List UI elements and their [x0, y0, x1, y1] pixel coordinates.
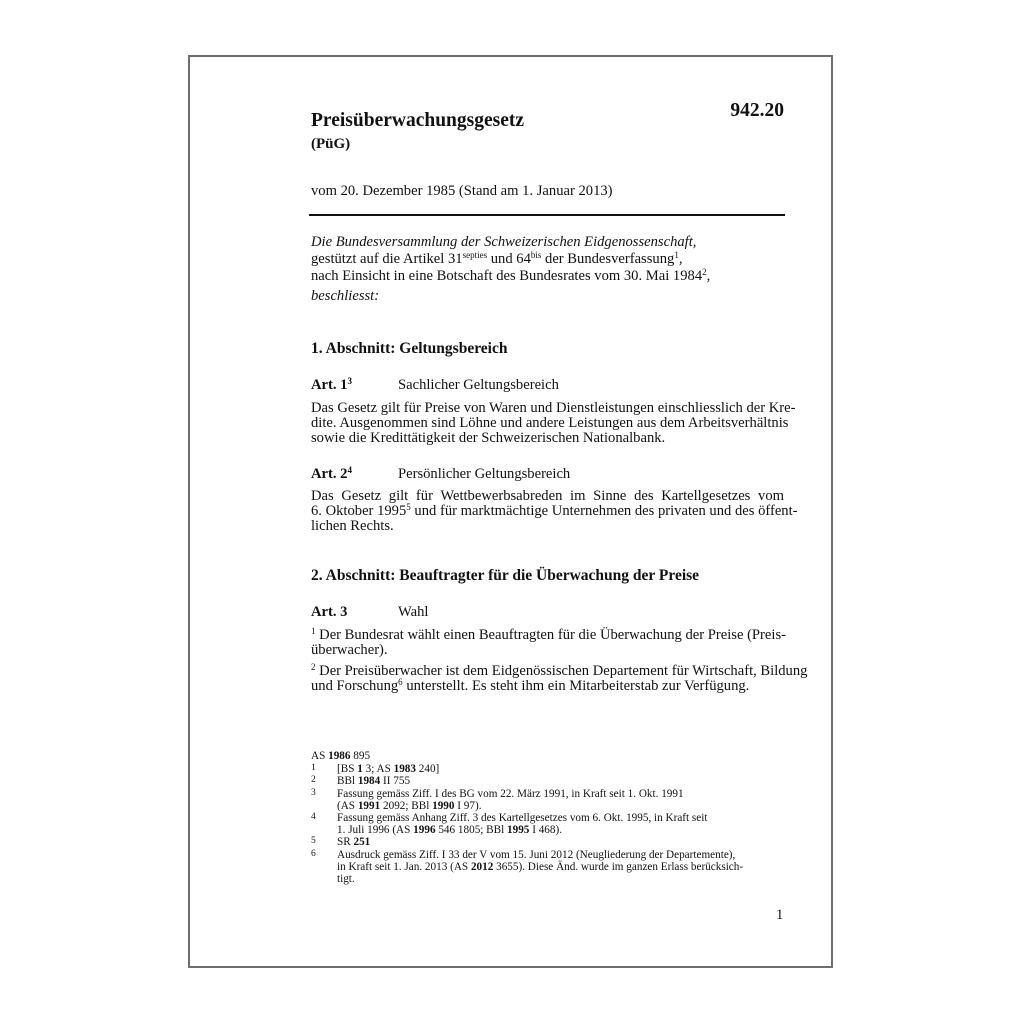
footnote-ref[interactable]: 3 [347, 376, 352, 386]
footnote-item: 1[BS 1 3; AS 1983 240] [311, 763, 791, 775]
footnote-item: 5SR 251 [311, 836, 791, 848]
law-title: Preisüberwachungsgesetz [311, 110, 524, 132]
footnote-item: 4Fassung gemäss Anhang Ziff. 3 des Karte… [311, 812, 791, 836]
section-heading-2: 2. Abschnitt: Beauftragter für die Überw… [311, 567, 699, 585]
footnotes: AS 1986 895 1[BS 1 3; AS 1983 240] 2BBl … [311, 750, 791, 885]
article-title: Wahl [398, 604, 428, 621]
law-abbreviation: (PüG) [311, 136, 350, 153]
preamble-message: nach Einsicht in eine Botschaft des Bund… [311, 268, 791, 285]
article-3-para-1: 1 Der Bundesrat wählt einen Beauftragten… [311, 628, 784, 658]
article-title: Persönlicher Geltungsbereich [398, 466, 570, 483]
article-title: Sachlicher Geltungsbereich [398, 377, 559, 394]
footnote-item: 6Ausdruck gemäss Ziff. I 33 der V vom 15… [311, 849, 791, 886]
article-2-text: Das Gesetz gilt für Wettbewerbsabreden i… [311, 489, 784, 533]
footnote-ref[interactable]: 4 [347, 465, 352, 475]
footnote-item: 3Fassung gemäss Ziff. I des BG vom 22. M… [311, 788, 791, 812]
footnote-item: 2BBl 1984 II 755 [311, 775, 791, 787]
sr-number: 942.20 [718, 100, 784, 122]
date-line: vom 20. Dezember 1985 (Stand am 1. Janua… [311, 183, 613, 200]
article-3-para-2: 2 Der Preisüberwacher ist dem Eidgenössi… [311, 664, 784, 694]
section-heading-1: 1. Abschnitt: Geltungsbereich [311, 340, 508, 358]
preamble-basis: gestützt auf die Artikel 31septies und 6… [311, 251, 791, 268]
preamble-enacting-body: Die Bundesversammlung der Schweizerische… [311, 234, 791, 251]
title-divider [309, 214, 785, 216]
article-1-text: Das Gesetz gilt für Preise von Waren und… [311, 401, 784, 445]
article-number: Art. 3 [311, 604, 347, 621]
preamble: Die Bundesversammlung der Schweizerische… [311, 234, 791, 305]
page-number: 1 [776, 907, 783, 924]
footnote-source: AS 1986 895 [311, 750, 791, 762]
article-number: Art. 13 [311, 377, 352, 394]
article-number: Art. 24 [311, 466, 352, 483]
preamble-resolves: beschliesst: [311, 288, 791, 305]
